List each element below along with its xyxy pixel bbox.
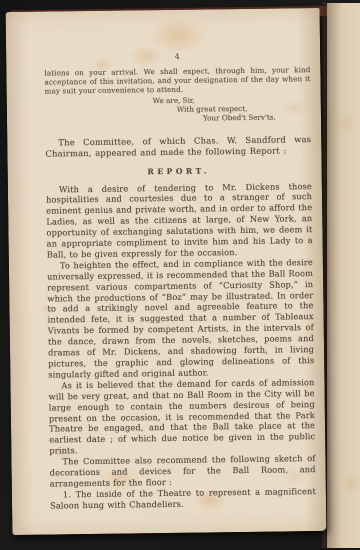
letter-closing-paragraph: lations on your arrival. We shall expect…: [44, 65, 310, 96]
list-item-1: 1. The inside of the Theatre to represen…: [50, 486, 316, 511]
letter-signoff: We are, Sir, With great respect, Your Ob…: [45, 94, 311, 125]
report-paragraph: To heighten the effect, and in complianc…: [47, 257, 315, 380]
report-paragraph: With a desire of tendering to Mr. Dicken…: [46, 181, 313, 261]
committee-intro-paragraph: The Committee, of which Chas. W. Sandfor…: [45, 134, 311, 159]
page-text-block: 4 lations on your arrival. We shall expe…: [44, 50, 316, 511]
signoff-line: Your Obed't Serv'ts.: [203, 112, 311, 123]
scanned-page: 4 lations on your arrival. We shall expe…: [6, 8, 327, 535]
scanned-book-photo: 4 lations on your arrival. We shall expe…: [0, 0, 360, 550]
report-paragraph: As it is believed that the demand for ca…: [48, 377, 315, 457]
report-heading: REPORT.: [46, 165, 312, 177]
page-number: 4: [44, 50, 310, 62]
facing-page-edge: [327, 3, 360, 548]
report-paragraph: The Committee also recommend the followi…: [49, 453, 315, 489]
